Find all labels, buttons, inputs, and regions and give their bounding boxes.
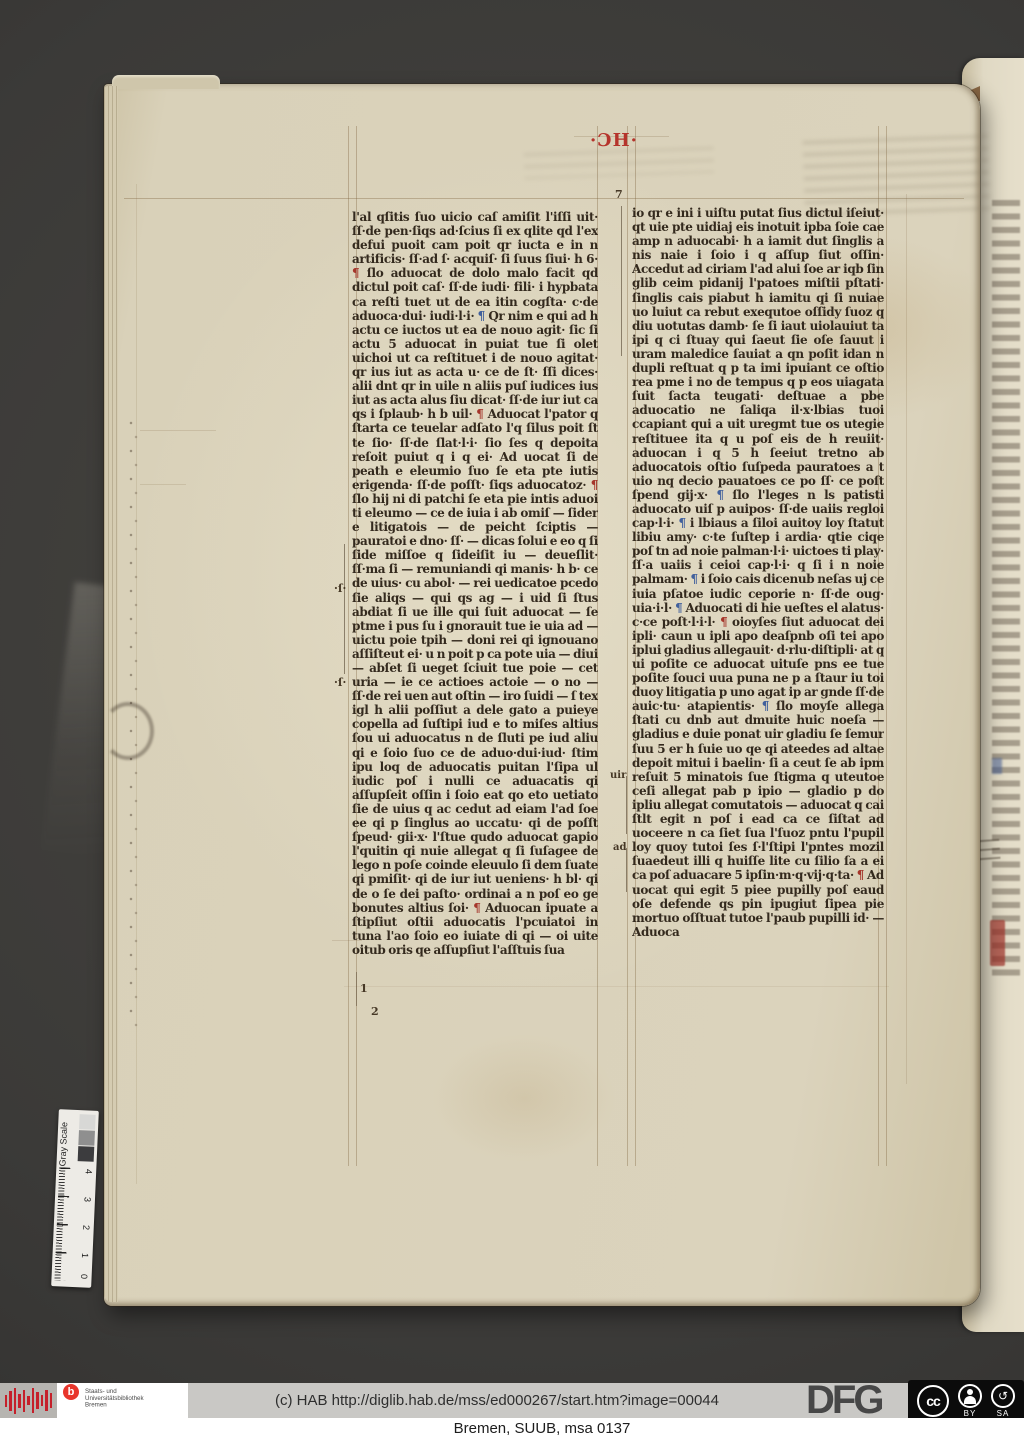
caption: Bremen, SUUB, msa 0137	[60, 1418, 1024, 1442]
facing-page-blue-initial	[992, 758, 1002, 774]
page-clamp-shadow	[102, 702, 154, 760]
margin-bracket	[621, 206, 622, 356]
cc-icon: cc	[917, 1385, 949, 1417]
tironian-note: 7	[615, 188, 623, 201]
ghost-writing	[524, 147, 715, 180]
dfg-logo: DFG	[806, 1380, 906, 1420]
footer-bar: b Staats- und Universitätsbibliothek Bre…	[0, 1383, 1024, 1418]
ruler-number: 0	[79, 1274, 89, 1279]
text-column-left: l'al qſitis ſuo uicio caſ amiſit l'iſſi …	[352, 210, 598, 988]
caption-strip: Bremen, SUUB, msa 0137	[0, 1418, 1024, 1442]
facing-page-red-initial	[990, 920, 1005, 966]
ruler-scale: 4 3 2 1 0	[51, 1167, 96, 1284]
copyright-url: (c) HAB http://diglib.hab.de/mss/ed00026…	[195, 1383, 799, 1418]
margin-scribble	[140, 430, 216, 431]
footnote-number: 1	[360, 982, 368, 995]
library-name: Staats- und Universitätsbibliothek Breme…	[85, 1388, 144, 1408]
ruler-number: 2	[81, 1225, 91, 1230]
photo-background: ·ƆH· l'al qſitis ſuo uicio caſ amiſit l'…	[0, 0, 1024, 1383]
grayscale-patches	[78, 1114, 96, 1163]
ruling-line	[627, 126, 628, 1166]
margin-note-uir: uir	[610, 770, 626, 781]
ruling-line	[136, 184, 137, 1184]
margin-scribble	[140, 484, 186, 485]
library-logo-bars	[0, 1383, 57, 1418]
ruling-line	[348, 126, 349, 1166]
manuscript-page: ·ƆH· l'al qſitis ſuo uicio caſ amiſit l'…	[104, 84, 980, 1306]
margin-bracket	[626, 776, 627, 834]
library-badge-icon: b	[63, 1384, 79, 1400]
cc-license-badge: cc BY ↺ SA	[908, 1380, 1024, 1421]
paragraph-sign: ·ſ·	[334, 676, 346, 689]
margin-bracket	[626, 848, 627, 892]
ruling-line	[886, 126, 887, 1166]
margin-bracket	[356, 972, 357, 1006]
ruler-number: 3	[82, 1197, 92, 1202]
ruler-number: 4	[84, 1169, 94, 1174]
footnote-number: 2	[371, 1005, 379, 1018]
page-edge-stack	[104, 86, 118, 1302]
grayscale-label: Gray Scale	[57, 1112, 69, 1166]
grayscale-ruler: Gray Scale 4 3 2 1 0	[51, 1109, 99, 1288]
cc-by-icon: BY	[958, 1384, 982, 1418]
margin-bracket	[344, 544, 345, 674]
text-column-right: io qr e ini i uiſtu putat ſius dictul iſ…	[632, 206, 884, 988]
digitized-manuscript-screenshot: ·ƆH· l'al qſitis ſuo uicio caſ amiſit l'…	[0, 0, 1024, 1442]
ruling-line	[906, 194, 907, 1084]
quire-mark: ·ƆH·	[590, 130, 638, 151]
ruler-number: 1	[80, 1253, 90, 1258]
ruler-ticks	[54, 1167, 70, 1280]
cc-sa-icon: ↺ SA	[991, 1384, 1015, 1418]
underlying-page-tab	[112, 75, 220, 89]
library-logo: b Staats- und Universitätsbibliothek Bre…	[57, 1383, 188, 1418]
margin-note-ad: ad	[613, 842, 626, 853]
